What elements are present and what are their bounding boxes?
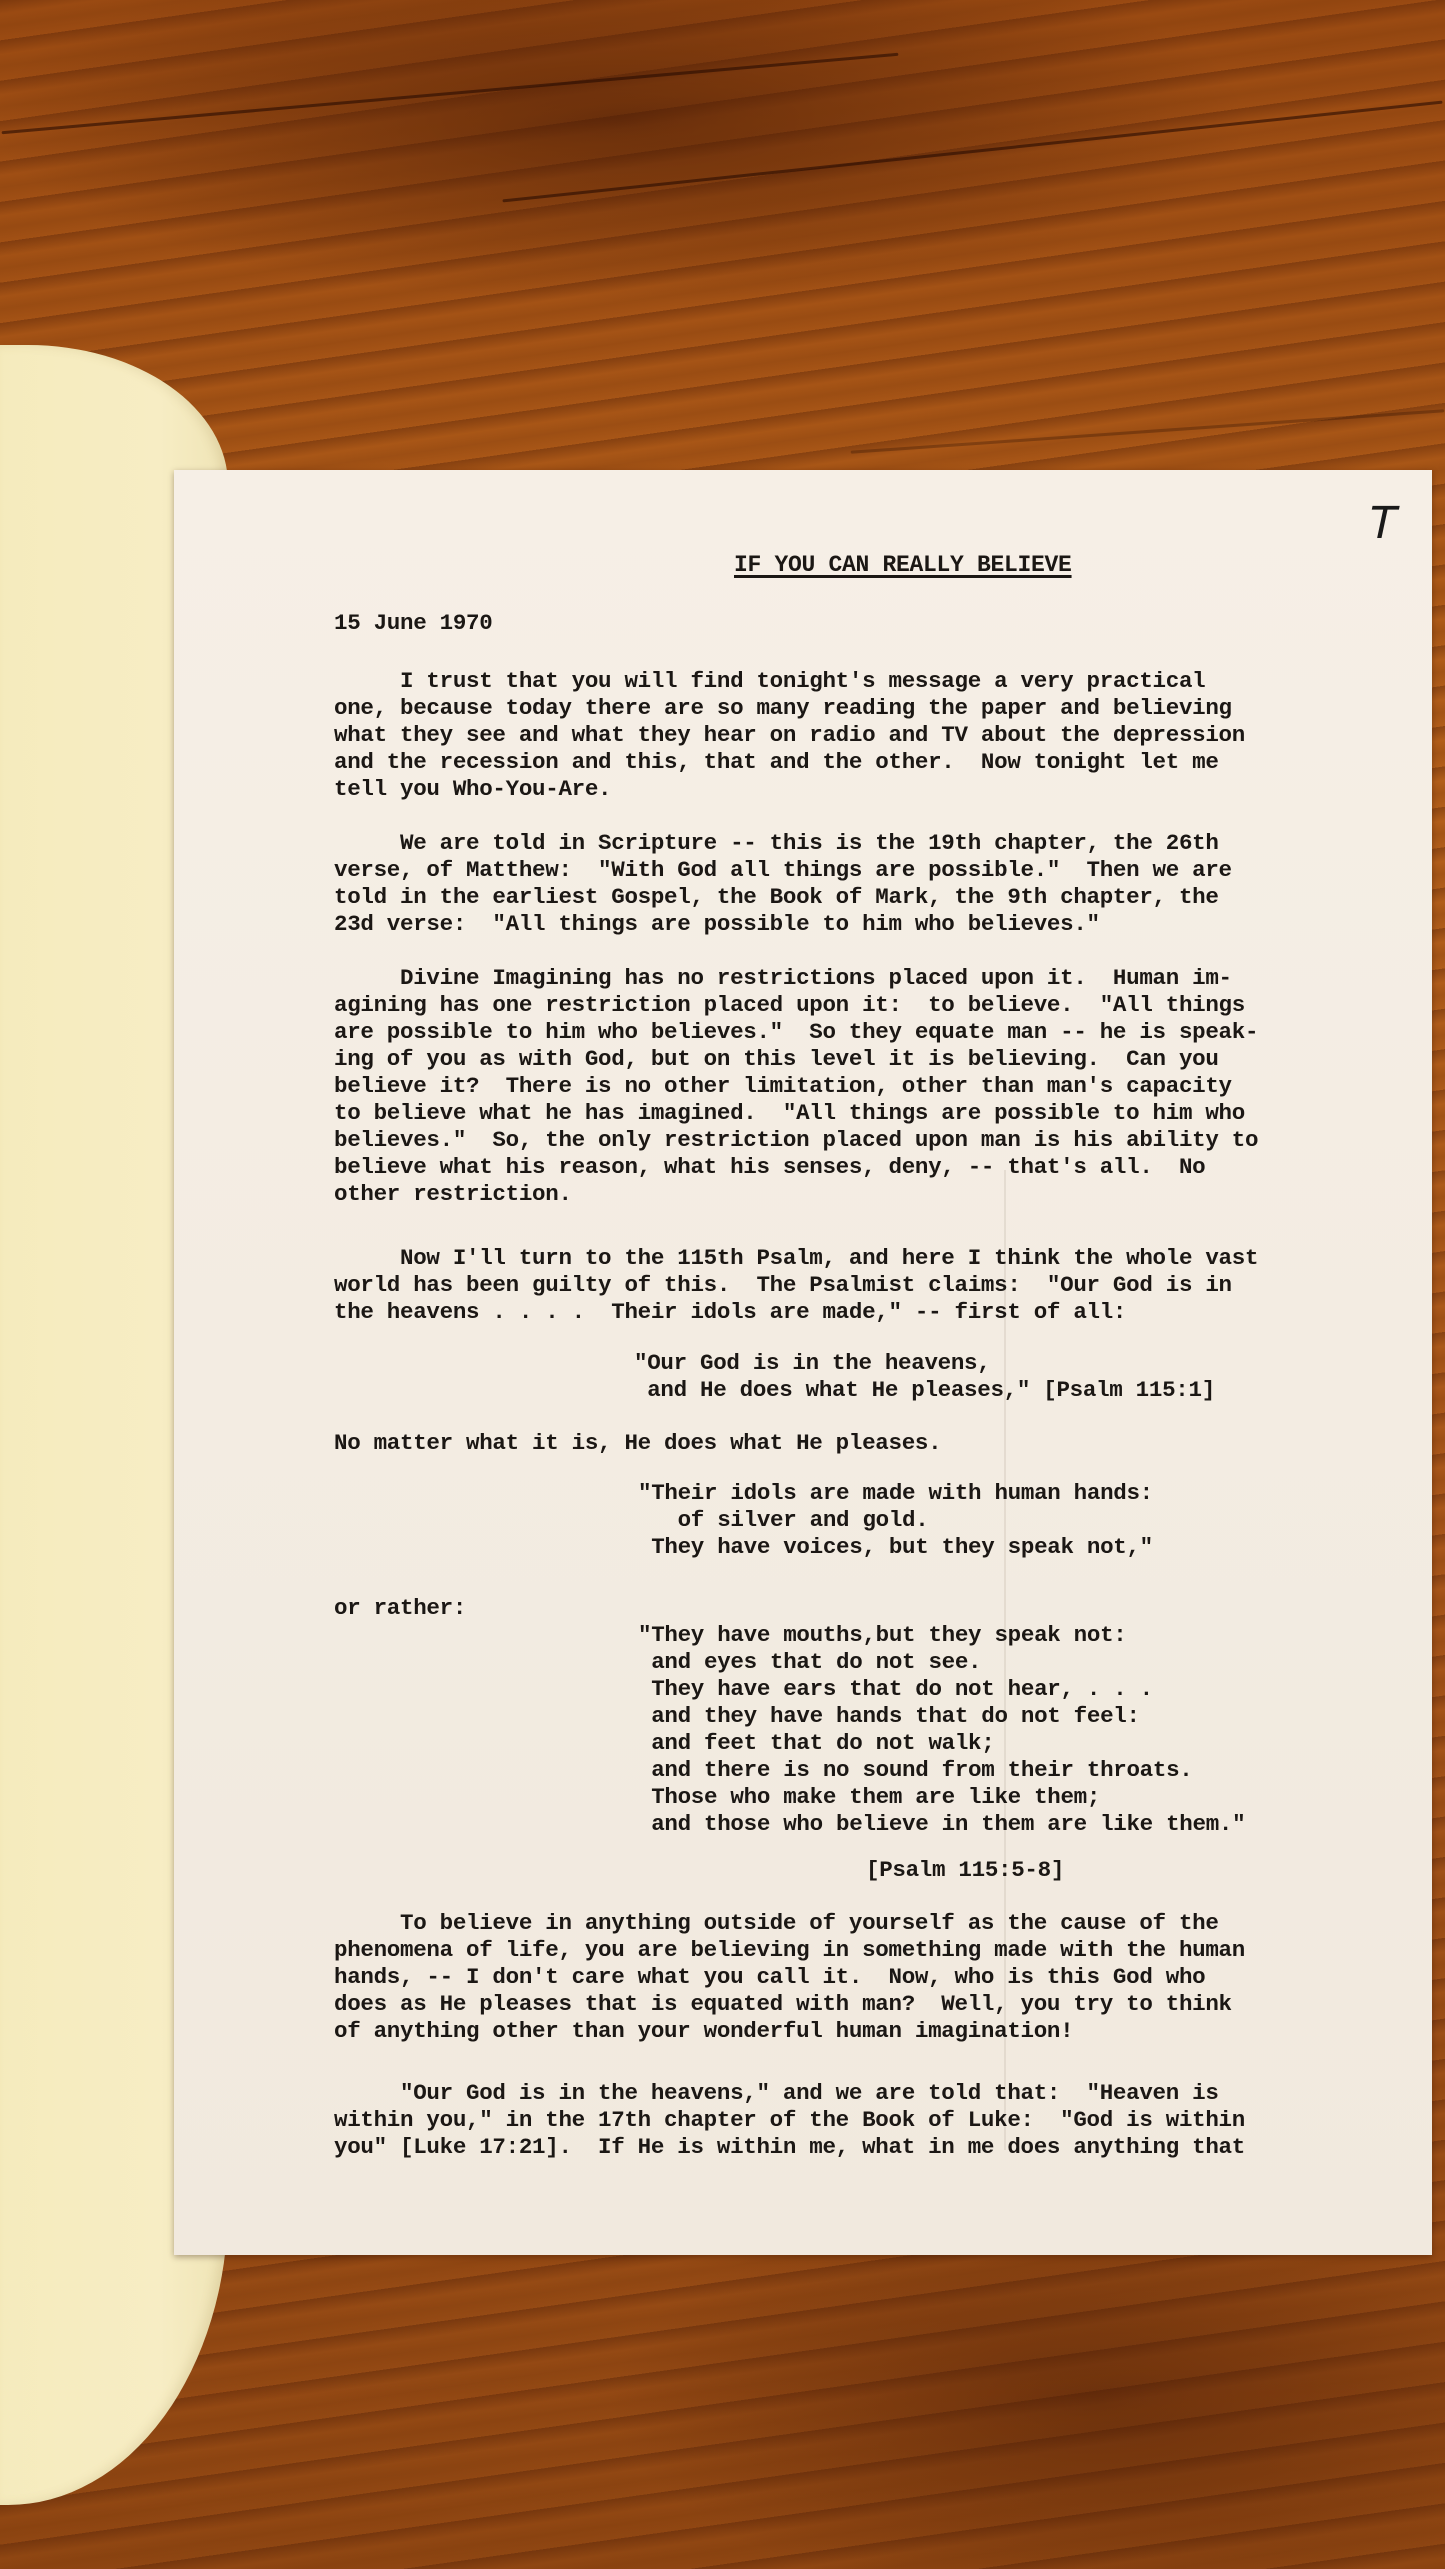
text-line: verse, of Matthew: "With God all things … [334, 857, 1445, 884]
text-line: and the recession and this, that and the… [334, 749, 1445, 776]
date-line: 15 June 1970 [334, 610, 492, 637]
wood-grain [502, 101, 1442, 203]
text-line: one, because today there are so many rea… [334, 695, 1445, 722]
text-line: Divine Imagining has no restrictions pla… [334, 965, 1445, 992]
text-line: They have voices, but they speak not," [638, 1534, 1153, 1561]
text-line: Those who make them are like them; [638, 1784, 1245, 1811]
text-line: "Our God is in the heavens," and we are … [334, 2080, 1445, 2107]
paragraph-scripture: We are told in Scripture -- this is the … [334, 830, 1445, 938]
quote-psalm-115-5-8: "They have mouths,but they speak not: an… [638, 1622, 1245, 1838]
paragraph-psalm-intro: Now I'll turn to the 115th Psalm, and he… [334, 1245, 1445, 1326]
paragraph-divine-imagining: Divine Imagining has no restrictions pla… [334, 965, 1445, 1208]
text-line: and there is no sound from their throats… [638, 1757, 1245, 1784]
text-line: what they see and what they hear on radi… [334, 722, 1445, 749]
text-line: "They have mouths,but they speak not: [638, 1622, 1245, 1649]
text-line: agining has one restriction placed upon … [334, 992, 1445, 1019]
text-line: and feet that do not walk; [638, 1730, 1245, 1757]
text-line: does as He pleases that is equated with … [334, 1991, 1445, 2018]
text-line: believes." So, the only restriction plac… [334, 1127, 1445, 1154]
quote-reference: [Psalm 115:5-8] [866, 1857, 1064, 1884]
text-line: We are told in Scripture -- this is the … [334, 830, 1445, 857]
or-rather-label: or rather: [334, 1595, 466, 1622]
text-line: tell you Who-You-Are. [334, 776, 1445, 803]
text-line: the heavens . . . . Their idols are made… [334, 1299, 1445, 1326]
text-line: I trust that you will find tonight's mes… [334, 668, 1445, 695]
text-line: To believe in anything outside of yourse… [334, 1910, 1445, 1937]
text-line: They have ears that do not hear, . . . [638, 1676, 1245, 1703]
paragraph-no-matter: No matter what it is, He does what He pl… [334, 1430, 941, 1457]
wood-grain [2, 53, 899, 134]
text-line: and eyes that do not see. [638, 1649, 1245, 1676]
handwritten-page-mark: T [1364, 498, 1402, 549]
paragraph-heaven-within: "Our God is in the heavens," and we are … [334, 2080, 1445, 2161]
text-line: believe what his reason, what his senses… [334, 1154, 1445, 1181]
text-line: and they have hands that do not feel: [638, 1703, 1245, 1730]
quote-idols: "Their idols are made with human hands: … [638, 1480, 1153, 1561]
text-line: "Their idols are made with human hands: [638, 1480, 1153, 1507]
text-line: are possible to him who believes." So th… [334, 1019, 1445, 1046]
text-line: to believe what he has imagined. "All th… [334, 1100, 1445, 1127]
page-title: IF YOU CAN REALLY BELIEVE [734, 552, 1072, 579]
text-line: and He does what He pleases," [Psalm 115… [634, 1377, 1215, 1404]
text-line: and those who believe in them are like t… [638, 1811, 1245, 1838]
text-line: 23d verse: "All things are possible to h… [334, 911, 1445, 938]
text-line: other restriction. [334, 1181, 1445, 1208]
text-line: within you," in the 17th chapter of the … [334, 2107, 1445, 2134]
typed-page: T IF YOU CAN REALLY BELIEVE 15 June 1970… [174, 470, 1432, 2255]
text-line: ing of you as with God, but on this leve… [334, 1046, 1445, 1073]
text-line: of anything other than your wonderful hu… [334, 2018, 1445, 2045]
text-line: hands, -- I don't care what you call it.… [334, 1964, 1445, 1991]
paragraph-intro: I trust that you will find tonight's mes… [334, 668, 1445, 803]
text-line: "Our God is in the heavens, [634, 1350, 1215, 1377]
text-line: told in the earliest Gospel, the Book of… [334, 884, 1445, 911]
text-line: believe it? There is no other limitation… [334, 1073, 1445, 1100]
text-line: world has been guilty of this. The Psalm… [334, 1272, 1445, 1299]
text-line: Now I'll turn to the 115th Psalm, and he… [334, 1245, 1445, 1272]
wood-grain [851, 409, 1445, 453]
quote-psalm-115-1: "Our God is in the heavens, and He does … [634, 1350, 1215, 1404]
paragraph-believe-outside: To believe in anything outside of yourse… [334, 1910, 1445, 2045]
text-line: you" [Luke 17:21]. If He is within me, w… [334, 2134, 1445, 2161]
text-line: phenomena of life, you are believing in … [334, 1937, 1445, 1964]
text-line: of silver and gold. [638, 1507, 1153, 1534]
